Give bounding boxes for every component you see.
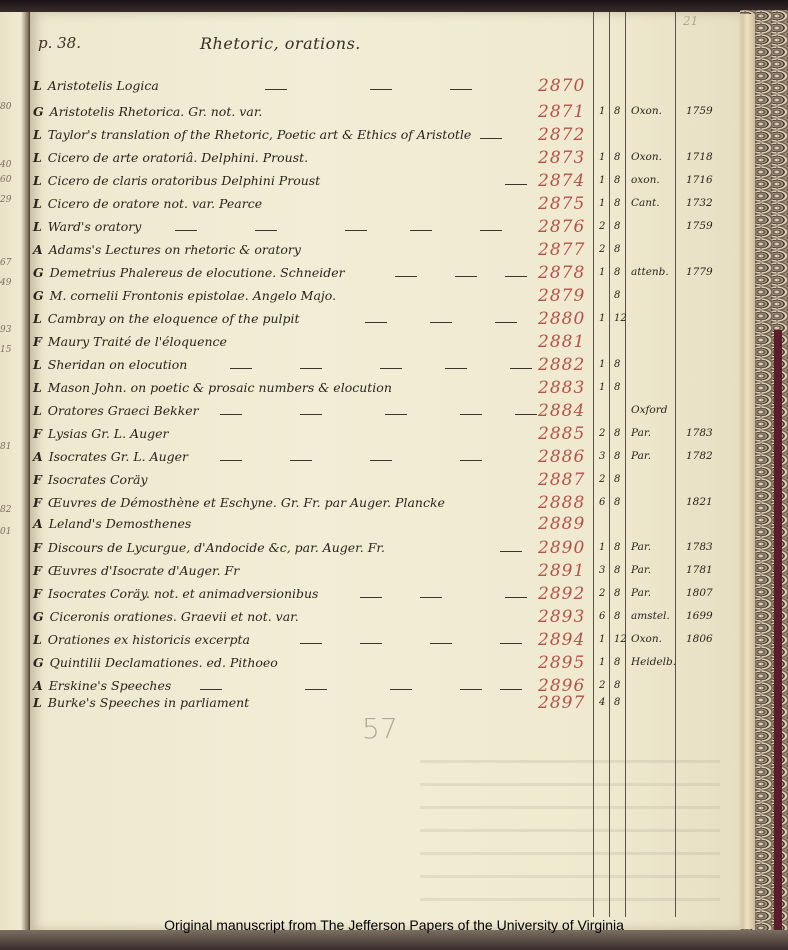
place: amstel. [631,610,670,622]
catalog-number: 2876 [538,217,585,237]
catalog-row: G Quintilii Declamationes. ed. Pithoeo 2… [0,655,740,677]
catalog-row: F Isocrates Coräy 2887 28 [0,472,740,494]
book-top-edge [0,0,788,12]
volumes: 2 [599,244,605,255]
catalog-number: 2895 [538,653,585,673]
catalog-row: L Oratores Graeci Bekker 2884 Oxford [0,403,740,425]
catalog-number: 2875 [538,194,585,214]
year: 1732 [686,197,713,209]
filler-dash [500,689,522,690]
catalog-number: 2877 [538,240,585,260]
filler-dash [255,230,277,231]
entry-text: G Ciceronis orationes. Graevii et not. v… [33,609,299,624]
catalog-row: F Lysias Gr. L. Auger 2885 28Par.1783 [0,426,740,448]
entry-text: A Isocrates Gr. L. Auger [33,449,188,464]
catalog-number: 2870 [538,76,585,96]
entry-text: L Aristotelis Logica [33,78,159,93]
entry-text: L Sheridan on elocution [33,357,187,372]
year: 1821 [686,496,713,508]
size: 8 [614,152,620,163]
entry-text: G M. cornelii Frontonis epistolae. Angel… [33,288,336,303]
place: Cant. [631,197,660,209]
entry-text: F Lysias Gr. L. Auger [33,426,169,441]
entry-text: L Taylor's translation of the Rhetoric, … [33,127,471,142]
place: Par. [631,427,651,439]
page-title: Rhetoric, orations. [200,34,361,53]
filler-dash [495,322,517,323]
catalog-row: L Taylor's translation of the Rhetoric, … [0,127,740,149]
volumes: 1 [599,542,605,553]
entry-text: L Burke's Speeches in parliament [33,695,249,710]
catalog-row: L Cicero de claris oratoribus Delphini P… [0,173,740,195]
entry-text: G Aristotelis Rhetorica. Gr. not. var. [33,104,262,119]
filler-dash [450,89,472,90]
filler-dash [300,643,322,644]
size: 8 [614,588,620,599]
filler-dash [460,689,482,690]
filler-dash [265,89,287,90]
entry-text: F Œuvres de Démosthène et Eschyne. Gr. F… [33,495,445,510]
catalog-row: A Isocrates Gr. L. Auger 2886 38Par.1782 [0,449,740,471]
catalog-row: L Cambray on the eloquence of the pulpit… [0,311,740,333]
entry-text: A Leland's Demosthenes [33,516,191,531]
filler-dash [300,414,322,415]
filler-dash [505,184,527,185]
volumes: 1 [599,657,605,668]
filler-dash [455,276,477,277]
catalog-row: F Œuvres d'Isocrate d'Auger. Fr 2891 38P… [0,563,740,585]
volumes: 1 [599,359,605,370]
entry-text: G Demetrius Phalereus de elocutione. Sch… [33,265,345,280]
year: 1783 [686,427,713,439]
size: 8 [614,497,620,508]
source-credit: Original manuscript from The Jefferson P… [0,917,788,933]
year: 1718 [686,151,713,163]
filler-dash [500,551,522,552]
filler-dash [385,414,407,415]
volumes: 2 [599,474,605,485]
volumes: 1 [599,198,605,209]
volumes: 1 [599,313,605,324]
filler-dash [175,230,197,231]
catalog-row: G M. cornelii Frontonis epistolae. Angel… [0,288,740,310]
size: 8 [614,106,620,117]
volumes: 4 [599,697,605,708]
catalog-number: 2887 [538,470,585,490]
catalog-number: 2878 [538,263,585,283]
entry-text: G Quintilii Declamationes. ed. Pithoeo [33,655,278,670]
catalog-row: L Ward's oratory 2876 281759 [0,219,740,241]
entry-text: A Adams's Lectures on rhetoric & oratory [33,242,301,257]
catalog-number: 2884 [538,401,585,421]
catalog-row: F Maury Traité de l'éloquence 2881 [0,334,740,356]
place: Heidelb. [631,656,676,668]
entry-text: F Maury Traité de l'éloquence [33,334,227,349]
filler-dash [500,643,522,644]
filler-dash [515,414,537,415]
catalog-row: F Œuvres de Démosthène et Eschyne. Gr. F… [0,495,740,517]
place: Par. [631,587,651,599]
size: 12 [614,313,627,324]
filler-dash [460,414,482,415]
volumes: 6 [599,611,605,622]
volumes: 1 [599,175,605,186]
catalog-number: 2871 [538,102,585,122]
filler-dash [365,322,387,323]
entry-text: L Oratores Graeci Bekker [33,403,199,418]
catalog-row: G Ciceronis orationes. Graevii et not. v… [0,609,740,631]
volumes: 1 [599,106,605,117]
size: 8 [614,290,620,301]
catalog-number: 2886 [538,447,585,467]
filler-dash [305,689,327,690]
entry-text: L Orationes ex historicis excerpta [33,632,250,647]
volumes: 3 [599,451,605,462]
year: 1782 [686,450,713,462]
size: 8 [614,451,620,462]
catalog-number: 2897 [538,693,585,713]
filler-dash [460,460,482,461]
size: 8 [614,565,620,576]
place: Oxon. [631,105,662,117]
entry-text: F Isocrates Coräy. not. et animadversion… [33,586,318,601]
catalog-number: 2883 [538,378,585,398]
entry-text: F Discours de Lycurgue, d'Andocide &c, p… [33,540,385,555]
year: 1779 [686,266,713,278]
entry-text: L Mason John. on poetic & prosaic number… [33,380,392,395]
filler-dash [510,368,532,369]
catalog-row: L Cicero de arte oratoriâ. Delphini. Pro… [0,150,740,172]
volumes: 3 [599,565,605,576]
year: 1759 [686,105,713,117]
catalog-number: 2879 [538,286,585,306]
entry-text: L Cicero de arte oratoriâ. Delphini. Pro… [33,150,308,165]
size: 8 [614,382,620,393]
place: Oxon. [631,633,662,645]
volumes: 2 [599,588,605,599]
filler-dash [300,368,322,369]
entry-text: L Cambray on the eloquence of the pulpit [33,311,300,326]
catalog-row: G Aristotelis Rhetorica. Gr. not. var. 2… [0,104,740,126]
filler-dash [445,368,467,369]
year: 1759 [686,220,713,232]
filler-dash [345,230,367,231]
filler-dash [230,368,252,369]
folio-number: 21 [683,14,698,28]
catalog-number: 2888 [538,493,585,513]
filler-dash [480,138,502,139]
year: 1807 [686,587,713,599]
catalog-number: 2890 [538,538,585,558]
entry-text: L Cicero de oratore not. var. Pearce [33,196,262,211]
place: Oxford [631,404,667,416]
volumes: 1 [599,267,605,278]
catalog-number: 2873 [538,148,585,168]
entry-text: L Cicero de claris oratoribus Delphini P… [33,173,320,188]
catalog-number: 2880 [538,309,585,329]
size: 8 [614,697,620,708]
filler-dash [290,460,312,461]
entry-text: A Erskine's Speeches [33,678,171,693]
filler-dash [200,689,222,690]
size: 8 [614,657,620,668]
entry-text: F Œuvres d'Isocrate d'Auger. Fr [33,563,239,578]
size: 8 [614,542,620,553]
year: 1783 [686,541,713,553]
filler-dash [505,597,527,598]
filler-dash [360,643,382,644]
catalog-row: L Orationes ex historicis excerpta 2894 … [0,632,740,654]
catalog-row: L Cicero de oratore not. var. Pearce 287… [0,196,740,218]
volumes: 6 [599,497,605,508]
filler-dash [420,597,442,598]
catalog-number: 2894 [538,630,585,650]
volumes: 1 [599,382,605,393]
size: 8 [614,198,620,209]
size: 8 [614,611,620,622]
catalog-number: 2872 [538,125,585,145]
place: Par. [631,541,651,553]
entry-text: F Isocrates Coräy [33,472,148,487]
place: oxon. [631,174,660,186]
catalog-number: 2874 [538,171,585,191]
catalog-number: 2893 [538,607,585,627]
size: 8 [614,359,620,370]
year: 1781 [686,564,713,576]
entry-text: L Ward's oratory [33,219,141,234]
catalog-row: L Sheridan on elocution 2882 18 [0,357,740,379]
catalog-row: A Adams's Lectures on rhetoric & oratory… [0,242,740,264]
size: 8 [614,680,620,691]
year: 1716 [686,174,713,186]
volumes: 2 [599,221,605,232]
page-reference: p. 38. [38,34,81,52]
filler-dash [395,276,417,277]
filler-dash [370,89,392,90]
catalog-number: 2885 [538,424,585,444]
filler-dash [360,597,382,598]
catalog-row: G Demetrius Phalereus de elocutione. Sch… [0,265,740,287]
catalog-row: L Mason John. on poetic & prosaic number… [0,380,740,402]
filler-dash [505,276,527,277]
size: 8 [614,474,620,485]
volumes: 1 [599,152,605,163]
place: attenb. [631,266,669,278]
pencil-annotation: 57 [362,712,398,745]
binding-cloth [774,330,782,930]
size: 8 [614,244,620,255]
filler-dash [370,460,392,461]
filler-dash [380,368,402,369]
size: 8 [614,267,620,278]
place: Par. [631,450,651,462]
filler-dash [430,643,452,644]
filler-dash [390,689,412,690]
size: 8 [614,428,620,439]
year: 1699 [686,610,713,622]
size: 12 [614,634,627,645]
volumes: 2 [599,680,605,691]
size: 8 [614,221,620,232]
size: 8 [614,175,620,186]
catalog-number: 2882 [538,355,585,375]
year: 1806 [686,633,713,645]
volumes: 2 [599,428,605,439]
filler-dash [410,230,432,231]
filler-dash [430,322,452,323]
catalog-row: L Aristotelis Logica 2870 [0,78,740,100]
place: Par. [631,564,651,576]
catalog-number: 2889 [538,514,585,534]
volumes: 1 [599,634,605,645]
catalog-number: 2892 [538,584,585,604]
place: Oxon. [631,151,662,163]
filler-dash [480,230,502,231]
catalog-row: F Isocrates Coräy. not. et animadversion… [0,586,740,608]
catalog-row: A Leland's Demosthenes 2889 [0,516,740,538]
filler-dash [220,414,242,415]
catalog-row: F Discours de Lycurgue, d'Andocide &c, p… [0,540,740,562]
filler-dash [220,460,242,461]
book-bottom-edge [0,930,788,950]
catalog-number: 2891 [538,561,585,581]
catalog-number: 2881 [538,332,585,352]
